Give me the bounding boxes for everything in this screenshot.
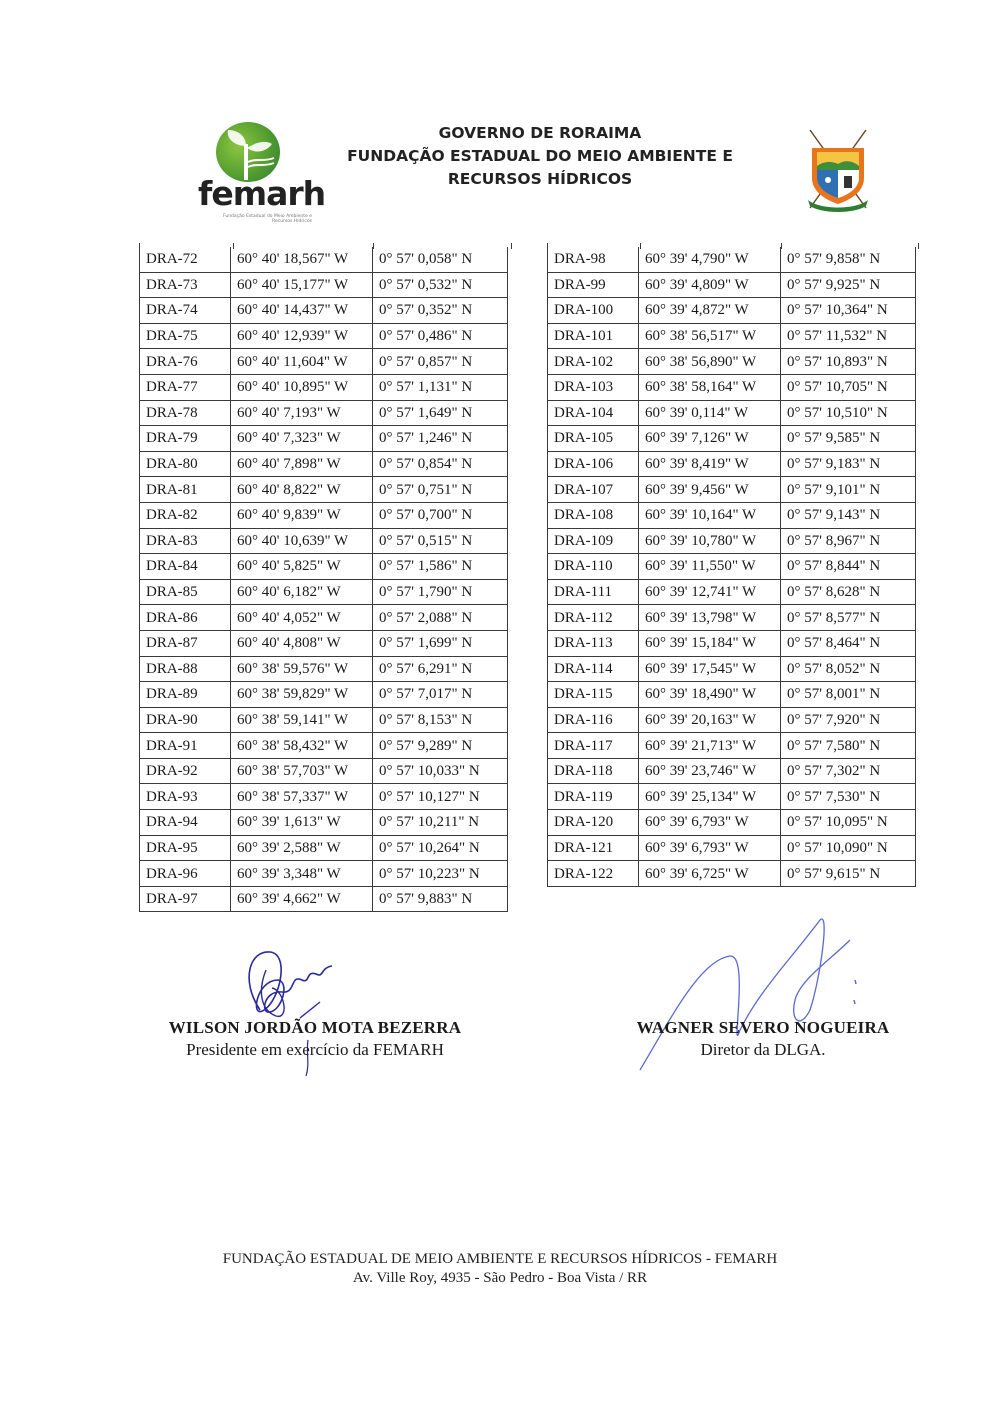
latitude-cell: 0° 57' 10,127" N — [373, 784, 508, 810]
point-id-cell: DRA-100 — [548, 298, 639, 324]
latitude-cell: 0° 57' 10,090" N — [781, 835, 916, 861]
longitude-cell: 60° 39' 4,809" W — [639, 272, 781, 298]
title-line: GOVERNO DE RORAIMA — [320, 122, 760, 145]
table-row: DRA-9260° 38' 57,703" W0° 57' 10,033" N — [140, 758, 508, 784]
longitude-cell: 60° 39' 23,746" W — [639, 758, 781, 784]
table-row: DRA-10060° 39' 4,872" W0° 57' 10,364" N — [548, 298, 916, 324]
point-id-cell: DRA-112 — [548, 605, 639, 631]
latitude-cell: 0° 57' 0,854" N — [373, 451, 508, 477]
longitude-cell: 60° 39' 13,798" W — [639, 605, 781, 631]
latitude-cell: 0° 57' 8,967" N — [781, 528, 916, 554]
point-id-cell: DRA-85 — [140, 579, 231, 605]
point-id-cell: DRA-79 — [140, 426, 231, 452]
table-row: DRA-9160° 38' 58,432" W0° 57' 9,289" N — [140, 733, 508, 759]
table-row: DRA-7360° 40' 15,177" W0° 57' 0,532" N — [140, 272, 508, 298]
latitude-cell: 0° 57' 0,700" N — [373, 502, 508, 528]
point-id-cell: DRA-75 — [140, 323, 231, 349]
latitude-cell: 0° 57' 7,017" N — [373, 682, 508, 708]
point-id-cell: DRA-106 — [548, 451, 639, 477]
longitude-cell: 60° 39' 6,793" W — [639, 835, 781, 861]
latitude-cell: 0° 57' 7,530" N — [781, 784, 916, 810]
longitude-cell: 60° 39' 2,588" W — [231, 835, 373, 861]
longitude-cell: 60° 40' 9,839" W — [231, 502, 373, 528]
longitude-cell: 60° 38' 57,703" W — [231, 758, 373, 784]
point-id-cell: DRA-120 — [548, 810, 639, 836]
latitude-cell: 0° 57' 8,052" N — [781, 656, 916, 682]
table-row: DRA-11260° 39' 13,798" W0° 57' 8,577" N — [548, 605, 916, 631]
point-id-cell: DRA-91 — [140, 733, 231, 759]
latitude-cell: 0° 57' 9,143" N — [781, 502, 916, 528]
latitude-cell: 0° 57' 1,586" N — [373, 554, 508, 580]
table-row: DRA-8760° 40' 4,808" W0° 57' 1,699" N — [140, 630, 508, 656]
point-id-cell: DRA-99 — [548, 272, 639, 298]
longitude-cell: 60° 40' 8,822" W — [231, 477, 373, 503]
longitude-cell: 60° 40' 5,825" W — [231, 554, 373, 580]
latitude-cell: 0° 57' 10,893" N — [781, 349, 916, 375]
longitude-cell: 60° 38' 58,164" W — [639, 374, 781, 400]
table-row: DRA-7660° 40' 11,604" W0° 57' 0,857" N — [140, 349, 508, 375]
latitude-cell: 0° 57' 8,001" N — [781, 682, 916, 708]
table-body: DRA-9860° 39' 4,790" W0° 57' 9,858" NDRA… — [548, 247, 916, 886]
table-row: DRA-12260° 39' 6,725" W0° 57' 9,615" N — [548, 861, 916, 887]
table-row: DRA-10860° 39' 10,164" W0° 57' 9,143" N — [548, 502, 916, 528]
longitude-cell: 60° 39' 15,184" W — [639, 630, 781, 656]
table-row: DRA-10960° 39' 10,780" W0° 57' 8,967" N — [548, 528, 916, 554]
point-id-cell: DRA-84 — [140, 554, 231, 580]
point-id-cell: DRA-110 — [548, 554, 639, 580]
point-id-cell: DRA-92 — [140, 758, 231, 784]
latitude-cell: 0° 57' 10,095" N — [781, 810, 916, 836]
table-row: DRA-9860° 39' 4,790" W0° 57' 9,858" N — [548, 247, 916, 272]
latitude-cell: 0° 57' 9,183" N — [781, 451, 916, 477]
table-row: DRA-11760° 39' 21,713" W0° 57' 7,580" N — [548, 733, 916, 759]
longitude-cell: 60° 40' 11,604" W — [231, 349, 373, 375]
latitude-cell: 0° 57' 0,751" N — [373, 477, 508, 503]
point-id-cell: DRA-86 — [140, 605, 231, 631]
latitude-cell: 0° 57' 1,649" N — [373, 400, 508, 426]
point-id-cell: DRA-109 — [548, 528, 639, 554]
longitude-cell: 60° 39' 4,662" W — [231, 886, 373, 912]
table-row: DRA-8860° 38' 59,576" W0° 57' 6,291" N — [140, 656, 508, 682]
table-row: DRA-8260° 40' 9,839" W0° 57' 0,700" N — [140, 502, 508, 528]
point-id-cell: DRA-101 — [548, 323, 639, 349]
table-row: DRA-11960° 39' 25,134" W0° 57' 7,530" N — [548, 784, 916, 810]
longitude-cell: 60° 39' 11,550" W — [639, 554, 781, 580]
point-id-cell: DRA-122 — [548, 861, 639, 887]
table-row: DRA-9660° 39' 3,348" W0° 57' 10,223" N — [140, 861, 508, 887]
table-row: DRA-11560° 39' 18,490" W0° 57' 8,001" N — [548, 682, 916, 708]
latitude-cell: 0° 57' 6,291" N — [373, 656, 508, 682]
latitude-cell: 0° 57' 9,858" N — [781, 247, 916, 272]
longitude-cell: 60° 39' 21,713" W — [639, 733, 781, 759]
table-row: DRA-10460° 39' 0,114" W0° 57' 10,510" N — [548, 400, 916, 426]
point-id-cell: DRA-104 — [548, 400, 639, 426]
table-divider — [918, 243, 919, 249]
title-line: FUNDAÇÃO ESTADUAL DO MEIO AMBIENTE E — [320, 145, 760, 168]
latitude-cell: 0° 57' 0,532" N — [373, 272, 508, 298]
point-id-cell: DRA-77 — [140, 374, 231, 400]
point-id-cell: DRA-96 — [140, 861, 231, 887]
point-id-cell: DRA-95 — [140, 835, 231, 861]
document-header: femarh Fundação Estadual do Meio Ambient… — [180, 118, 910, 228]
page-title: GOVERNO DE RORAIMA FUNDAÇÃO ESTADUAL DO … — [320, 122, 760, 191]
point-id-cell: DRA-102 — [548, 349, 639, 375]
latitude-cell: 0° 57' 7,920" N — [781, 707, 916, 733]
coordinates-table-left: DRA-7260° 40' 18,567" W0° 57' 0,058" NDR… — [139, 247, 508, 912]
point-id-cell: DRA-121 — [548, 835, 639, 861]
longitude-cell: 60° 38' 59,829" W — [231, 682, 373, 708]
longitude-cell: 60° 40' 14,437" W — [231, 298, 373, 324]
signatory-role: Diretor da DLGA. — [598, 1040, 928, 1060]
point-id-cell: DRA-116 — [548, 707, 639, 733]
latitude-cell: 0° 57' 0,486" N — [373, 323, 508, 349]
table-row: DRA-10660° 39' 8,419" W0° 57' 9,183" N — [548, 451, 916, 477]
latitude-cell: 0° 57' 1,790" N — [373, 579, 508, 605]
longitude-cell: 60° 39' 3,348" W — [231, 861, 373, 887]
longitude-cell: 60° 40' 7,898" W — [231, 451, 373, 477]
coordinates-table-right: DRA-9860° 39' 4,790" W0° 57' 9,858" NDRA… — [547, 247, 916, 887]
point-id-cell: DRA-87 — [140, 630, 231, 656]
longitude-cell: 60° 39' 10,780" W — [639, 528, 781, 554]
table-row: DRA-8460° 40' 5,825" W0° 57' 1,586" N — [140, 554, 508, 580]
longitude-cell: 60° 39' 17,545" W — [639, 656, 781, 682]
latitude-cell: 0° 57' 8,844" N — [781, 554, 916, 580]
longitude-cell: 60° 39' 9,456" W — [639, 477, 781, 503]
femarh-leaf-icon — [216, 122, 280, 182]
table-body: DRA-7260° 40' 18,567" W0° 57' 0,058" NDR… — [140, 247, 508, 912]
point-id-cell: DRA-88 — [140, 656, 231, 682]
table-row: DRA-11460° 39' 17,545" W0° 57' 8,052" N — [548, 656, 916, 682]
latitude-cell: 0° 57' 9,925" N — [781, 272, 916, 298]
latitude-cell: 0° 57' 0,857" N — [373, 349, 508, 375]
title-line: RECURSOS HÍDRICOS — [320, 168, 760, 191]
longitude-cell: 60° 40' 12,939" W — [231, 323, 373, 349]
signatory-role: Presidente em exercício da FEMARH — [130, 1040, 500, 1060]
longitude-cell: 60° 38' 56,890" W — [639, 349, 781, 375]
longitude-cell: 60° 38' 57,337" W — [231, 784, 373, 810]
longitude-cell: 60° 39' 4,790" W — [639, 247, 781, 272]
table-row: DRA-11360° 39' 15,184" W0° 57' 8,464" N — [548, 630, 916, 656]
latitude-cell: 0° 57' 9,883" N — [373, 886, 508, 912]
table-row: DRA-8360° 40' 10,639" W0° 57' 0,515" N — [140, 528, 508, 554]
point-id-cell: DRA-118 — [548, 758, 639, 784]
point-id-cell: DRA-83 — [140, 528, 231, 554]
latitude-cell: 0° 57' 7,302" N — [781, 758, 916, 784]
longitude-cell: 60° 40' 7,193" W — [231, 400, 373, 426]
latitude-cell: 0° 57' 8,153" N — [373, 707, 508, 733]
table-row: DRA-7460° 40' 14,437" W0° 57' 0,352" N — [140, 298, 508, 324]
table-row: DRA-7760° 40' 10,895" W0° 57' 1,131" N — [140, 374, 508, 400]
document-footer: FUNDAÇÃO ESTADUAL DE MEIO AMBIENTE E REC… — [0, 1250, 1000, 1288]
longitude-cell: 60° 40' 10,639" W — [231, 528, 373, 554]
table-row: DRA-8660° 40' 4,052" W0° 57' 2,088" N — [140, 605, 508, 631]
point-id-cell: DRA-78 — [140, 400, 231, 426]
longitude-cell: 60° 39' 10,164" W — [639, 502, 781, 528]
table-row: DRA-10760° 39' 9,456" W0° 57' 9,101" N — [548, 477, 916, 503]
latitude-cell: 0° 57' 11,532" N — [781, 323, 916, 349]
latitude-cell: 0° 57' 8,464" N — [781, 630, 916, 656]
table-row: DRA-11060° 39' 11,550" W0° 57' 8,844" N — [548, 554, 916, 580]
latitude-cell: 0° 57' 9,585" N — [781, 426, 916, 452]
longitude-cell: 60° 40' 4,052" W — [231, 605, 373, 631]
latitude-cell: 0° 57' 10,033" N — [373, 758, 508, 784]
table-row: DRA-8060° 40' 7,898" W0° 57' 0,854" N — [140, 451, 508, 477]
logo-wordmark: femarh — [198, 174, 325, 213]
table-row: DRA-10560° 39' 7,126" W0° 57' 9,585" N — [548, 426, 916, 452]
latitude-cell: 0° 57' 0,352" N — [373, 298, 508, 324]
table-row: DRA-10360° 38' 58,164" W0° 57' 10,705" N — [548, 374, 916, 400]
point-id-cell: DRA-114 — [548, 656, 639, 682]
point-id-cell: DRA-113 — [548, 630, 639, 656]
longitude-cell: 60° 39' 12,741" W — [639, 579, 781, 605]
latitude-cell: 0° 57' 9,615" N — [781, 861, 916, 887]
table-row: DRA-11160° 39' 12,741" W0° 57' 8,628" N — [548, 579, 916, 605]
longitude-cell: 60° 38' 59,576" W — [231, 656, 373, 682]
point-id-cell: DRA-97 — [140, 886, 231, 912]
table-row: DRA-9460° 39' 1,613" W0° 57' 10,211" N — [140, 810, 508, 836]
longitude-cell: 60° 39' 4,872" W — [639, 298, 781, 324]
coat-of-arms-icon — [800, 126, 876, 216]
point-id-cell: DRA-72 — [140, 247, 231, 272]
longitude-cell: 60° 40' 4,808" W — [231, 630, 373, 656]
longitude-cell: 60° 39' 6,793" W — [639, 810, 781, 836]
signatory-name: WILSON JORDÃO MOTA BEZERRA — [130, 1018, 500, 1038]
table-row: DRA-12160° 39' 6,793" W0° 57' 10,090" N — [548, 835, 916, 861]
table-row: DRA-7260° 40' 18,567" W0° 57' 0,058" N — [140, 247, 508, 272]
point-id-cell: DRA-81 — [140, 477, 231, 503]
point-id-cell: DRA-93 — [140, 784, 231, 810]
longitude-cell: 60° 38' 58,432" W — [231, 733, 373, 759]
point-id-cell: DRA-73 — [140, 272, 231, 298]
latitude-cell: 0° 57' 7,580" N — [781, 733, 916, 759]
latitude-cell: 0° 57' 8,577" N — [781, 605, 916, 631]
longitude-cell: 60° 40' 7,323" W — [231, 426, 373, 452]
point-id-cell: DRA-80 — [140, 451, 231, 477]
point-id-cell: DRA-115 — [548, 682, 639, 708]
point-id-cell: DRA-98 — [548, 247, 639, 272]
table-row: DRA-10260° 38' 56,890" W0° 57' 10,893" N — [548, 349, 916, 375]
latitude-cell: 0° 57' 10,705" N — [781, 374, 916, 400]
table-row: DRA-10160° 38' 56,517" W0° 57' 11,532" N — [548, 323, 916, 349]
latitude-cell: 0° 57' 0,058" N — [373, 247, 508, 272]
table-divider — [511, 243, 512, 249]
table-row: DRA-11660° 39' 20,163" W0° 57' 7,920" N — [548, 707, 916, 733]
latitude-cell: 0° 57' 10,364" N — [781, 298, 916, 324]
point-id-cell: DRA-82 — [140, 502, 231, 528]
point-id-cell: DRA-103 — [548, 374, 639, 400]
longitude-cell: 60° 39' 6,725" W — [639, 861, 781, 887]
latitude-cell: 0° 57' 1,131" N — [373, 374, 508, 400]
longitude-cell: 60° 38' 59,141" W — [231, 707, 373, 733]
table-row: DRA-9960° 39' 4,809" W0° 57' 9,925" N — [548, 272, 916, 298]
point-id-cell: DRA-89 — [140, 682, 231, 708]
point-id-cell: DRA-90 — [140, 707, 231, 733]
longitude-cell: 60° 40' 10,895" W — [231, 374, 373, 400]
point-id-cell: DRA-107 — [548, 477, 639, 503]
latitude-cell: 0° 57' 1,699" N — [373, 630, 508, 656]
point-id-cell: DRA-105 — [548, 426, 639, 452]
logo-subtitle: Fundação Estadual do Meio Ambiente e Rec… — [202, 214, 312, 224]
longitude-cell: 60° 39' 25,134" W — [639, 784, 781, 810]
latitude-cell: 0° 57' 10,264" N — [373, 835, 508, 861]
latitude-cell: 0° 57' 1,246" N — [373, 426, 508, 452]
point-id-cell: DRA-111 — [548, 579, 639, 605]
table-row: DRA-9360° 38' 57,337" W0° 57' 10,127" N — [140, 784, 508, 810]
latitude-cell: 0° 57' 9,289" N — [373, 733, 508, 759]
longitude-cell: 60° 40' 18,567" W — [231, 247, 373, 272]
footer-address: Av. Ville Roy, 4935 - São Pedro - Boa Vi… — [0, 1269, 1000, 1288]
longitude-cell: 60° 38' 56,517" W — [639, 323, 781, 349]
table-row: DRA-12060° 39' 6,793" W0° 57' 10,095" N — [548, 810, 916, 836]
longitude-cell: 60° 39' 7,126" W — [639, 426, 781, 452]
signatory-name: WAGNER SEVERO NOGUEIRA — [598, 1018, 928, 1038]
longitude-cell: 60° 39' 8,419" W — [639, 451, 781, 477]
signature-block-president: WILSON JORDÃO MOTA BEZERRA Presidente em… — [130, 1018, 500, 1060]
longitude-cell: 60° 39' 0,114" W — [639, 400, 781, 426]
table-row: DRA-11860° 39' 23,746" W0° 57' 7,302" N — [548, 758, 916, 784]
point-id-cell: DRA-94 — [140, 810, 231, 836]
table-row: DRA-9060° 38' 59,141" W0° 57' 8,153" N — [140, 707, 508, 733]
table-row: DRA-8960° 38' 59,829" W0° 57' 7,017" N — [140, 682, 508, 708]
latitude-cell: 0° 57' 10,211" N — [373, 810, 508, 836]
footer-organization: FUNDAÇÃO ESTADUAL DE MEIO AMBIENTE E REC… — [0, 1250, 1000, 1269]
point-id-cell: DRA-117 — [548, 733, 639, 759]
table-row: DRA-9760° 39' 4,662" W0° 57' 9,883" N — [140, 886, 508, 912]
point-id-cell: DRA-76 — [140, 349, 231, 375]
femarh-logo: femarh Fundação Estadual do Meio Ambient… — [190, 122, 310, 222]
latitude-cell: 0° 57' 10,223" N — [373, 861, 508, 887]
longitude-cell: 60° 39' 20,163" W — [639, 707, 781, 733]
longitude-cell: 60° 39' 18,490" W — [639, 682, 781, 708]
table-row: DRA-8160° 40' 8,822" W0° 57' 0,751" N — [140, 477, 508, 503]
signature-block-director: WAGNER SEVERO NOGUEIRA Diretor da DLGA. — [598, 1018, 928, 1060]
latitude-cell: 0° 57' 8,628" N — [781, 579, 916, 605]
latitude-cell: 0° 57' 0,515" N — [373, 528, 508, 554]
longitude-cell: 60° 40' 6,182" W — [231, 579, 373, 605]
point-id-cell: DRA-108 — [548, 502, 639, 528]
point-id-cell: DRA-119 — [548, 784, 639, 810]
latitude-cell: 0° 57' 10,510" N — [781, 400, 916, 426]
longitude-cell: 60° 40' 15,177" W — [231, 272, 373, 298]
latitude-cell: 0° 57' 2,088" N — [373, 605, 508, 631]
latitude-cell: 0° 57' 9,101" N — [781, 477, 916, 503]
table-row: DRA-7560° 40' 12,939" W0° 57' 0,486" N — [140, 323, 508, 349]
table-row: DRA-9560° 39' 2,588" W0° 57' 10,264" N — [140, 835, 508, 861]
point-id-cell: DRA-74 — [140, 298, 231, 324]
table-row: DRA-7960° 40' 7,323" W0° 57' 1,246" N — [140, 426, 508, 452]
table-row: DRA-8560° 40' 6,182" W0° 57' 1,790" N — [140, 579, 508, 605]
longitude-cell: 60° 39' 1,613" W — [231, 810, 373, 836]
table-row: DRA-7860° 40' 7,193" W0° 57' 1,649" N — [140, 400, 508, 426]
